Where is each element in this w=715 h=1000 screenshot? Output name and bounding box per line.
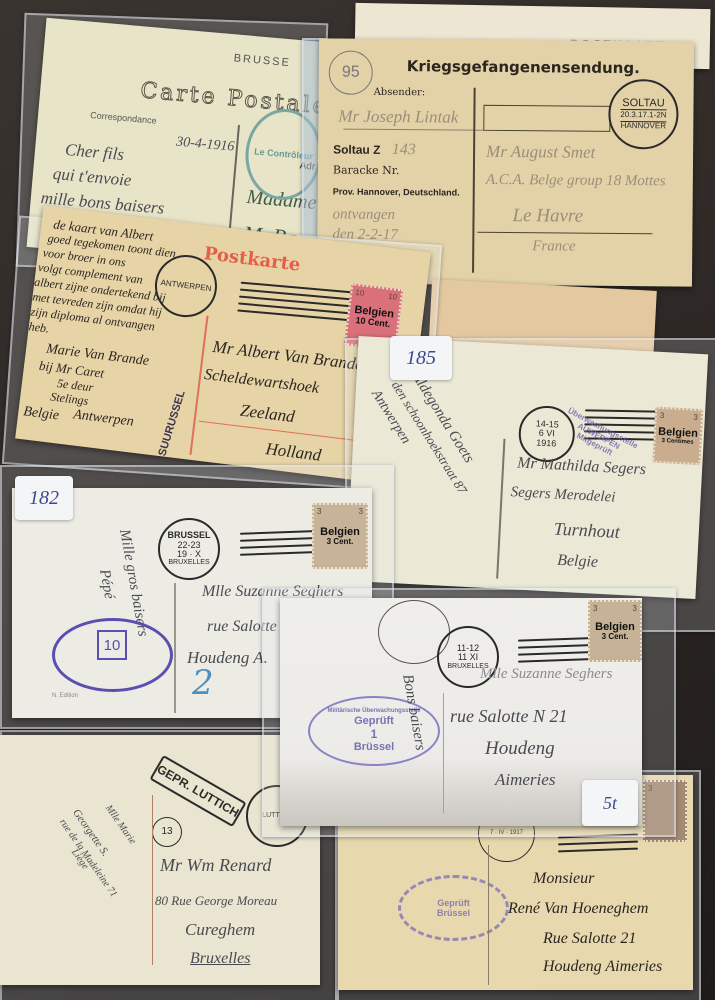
- blue-pencil-mark: 2: [192, 663, 214, 703]
- address-line: Scheldewartshoek: [203, 366, 320, 398]
- address-line: Mlle Suzanne Seghers: [480, 666, 612, 683]
- address-line: Cureghem: [185, 920, 255, 940]
- address-line: Belgie: [557, 552, 599, 572]
- sender-line: Antwerpen: [72, 407, 134, 430]
- address-line: France: [532, 238, 575, 255]
- germania-stamp-3: 33 Belgien 3 Centimes: [652, 407, 703, 465]
- stamp-value: 10: [388, 292, 398, 302]
- circle-number: 13: [161, 827, 172, 838]
- message-line: heb.: [28, 319, 50, 336]
- stamp-value: 3: [593, 604, 597, 613]
- address-line: Mr August Smet: [486, 142, 595, 163]
- postmark-date: 11 XI: [458, 653, 478, 662]
- stamp-value: 3: [693, 413, 698, 422]
- camp-label: Soltau Z: [333, 142, 380, 156]
- address-line: Aimeries: [495, 770, 555, 790]
- postmark-region: HANNOVER: [621, 122, 666, 131]
- message-line: qui t'envoie: [52, 164, 132, 191]
- stamp-overprint: Belgien: [320, 527, 360, 538]
- germania-stamp-3: 33 Belgien 3 Cent.: [312, 503, 368, 569]
- lot-label-182: 182: [15, 476, 73, 520]
- stamp-overprint: Belgien: [595, 622, 635, 633]
- address-box: [483, 105, 610, 132]
- stamp-value: 3: [660, 411, 665, 420]
- publisher-imprint: N. Edition: [52, 693, 78, 699]
- address-rule: [477, 232, 652, 235]
- note-line: ontvangen: [332, 206, 395, 224]
- small-circle-mark: 13: [152, 817, 182, 847]
- camp-number: 143: [392, 141, 416, 158]
- address-line: Holland: [264, 439, 322, 466]
- sender-rule: [343, 129, 483, 131]
- message-line: Pépé: [95, 568, 117, 600]
- stamp-value: 3: [633, 604, 637, 613]
- machine-cancel: [237, 275, 351, 328]
- address-line: Houdeng Aimeries: [543, 958, 662, 976]
- lot-label-185: 185: [390, 336, 452, 380]
- stamp-value: 10: [355, 288, 365, 298]
- divider-line: [472, 88, 476, 273]
- address-line: Houdeng: [485, 738, 555, 760]
- violet-censor-oval: Geprüft Brüssel: [398, 875, 509, 941]
- divider-line: [174, 583, 176, 713]
- postmark-region: BRUXELLES: [168, 559, 209, 566]
- camp-stamp: 95: [329, 50, 373, 94]
- province-line: Prov. Hannover, Deutschland.: [333, 186, 460, 197]
- germania-stamp-3: 33 Belgien 3 Cent.: [588, 600, 642, 662]
- address-line: Bruxelles: [190, 950, 250, 968]
- sender-name: Mr Joseph Lintak: [338, 107, 458, 128]
- divider-line: [488, 845, 489, 985]
- censor-text: Brüssel: [437, 908, 470, 918]
- camp-line: Soltau Z 143: [333, 140, 416, 159]
- divider-line: [152, 795, 153, 965]
- address-line: Segers Merodelei: [510, 484, 616, 506]
- censor-text: Geprüft: [437, 898, 470, 908]
- lot-label-5t: 5t: [582, 780, 638, 826]
- address-line: Le Havre: [512, 205, 583, 228]
- stamp-value: 3: [317, 507, 321, 516]
- barracks-label: Baracke Nr.: [333, 163, 400, 177]
- censor-text: 1: [371, 728, 378, 742]
- soltau-postmark: SOLTAU 20.3.17.1-2N HANNOVER: [608, 79, 679, 150]
- partial-postmark: BRUSSE: [233, 52, 291, 69]
- message-line: Cher fils: [64, 140, 125, 165]
- postmark-city: ANTWERPEN: [160, 279, 212, 294]
- censor-box: 10: [97, 630, 127, 660]
- sender-line: Mlle Marie: [103, 803, 138, 846]
- stamp-overprint: 3 Cent.: [602, 633, 629, 641]
- address-line: 80 Rue George Moreau: [155, 893, 277, 909]
- address-line: Mr Wm Renard: [160, 855, 271, 876]
- address-line: Zeeland: [239, 401, 296, 428]
- postkarte-title: Postkarte: [203, 243, 302, 276]
- censor-box-text: GEPR. LUTTICH: [155, 762, 242, 820]
- stamp-value: 3: [359, 507, 363, 516]
- camp-stamp-number: 95: [342, 64, 360, 81]
- address-line: Turnhout: [553, 519, 620, 543]
- address-line: Rue Salotte 21: [543, 930, 636, 948]
- address-line: René Van Hoeneghem: [508, 900, 648, 918]
- divider-line: [496, 439, 505, 579]
- divider-line: [443, 693, 444, 813]
- stamp-overprint: 3 Cent.: [327, 538, 354, 546]
- censor-text: Geprüft: [354, 715, 394, 728]
- date-handwritten: 30-4-1916: [175, 135, 235, 156]
- brussel-postmark: BRUSSEL 22-23 19 · X BRUXELLES: [158, 518, 220, 580]
- address-line: Monsieur: [533, 870, 594, 888]
- censor-text: Brüssel: [354, 741, 394, 754]
- postmark-date: 19 · X: [177, 550, 201, 559]
- side-censor-text: SUURUSSEL: [156, 389, 187, 457]
- censor-box-number: 10: [104, 637, 121, 654]
- stamp-overprint: 10 Cent.: [355, 316, 391, 329]
- sender-line: Belgie: [22, 404, 59, 424]
- postmark-year: 1916: [536, 438, 556, 448]
- postmark-city: SOLTAU: [622, 98, 664, 110]
- sender-label: Absender:: [374, 87, 426, 98]
- divider-line-red: [189, 316, 208, 455]
- stamp-overprint: 3 Centimes: [661, 438, 693, 446]
- kgs-title: Kriegsgefangenensendung.: [407, 57, 640, 77]
- correspondence-label: Correspondance: [90, 110, 157, 126]
- address-line: rue Salotte N 21: [450, 706, 568, 727]
- address-line: A.C.A. Belge group 18 Mottes: [486, 172, 666, 191]
- sender-line: Stelings: [50, 389, 90, 409]
